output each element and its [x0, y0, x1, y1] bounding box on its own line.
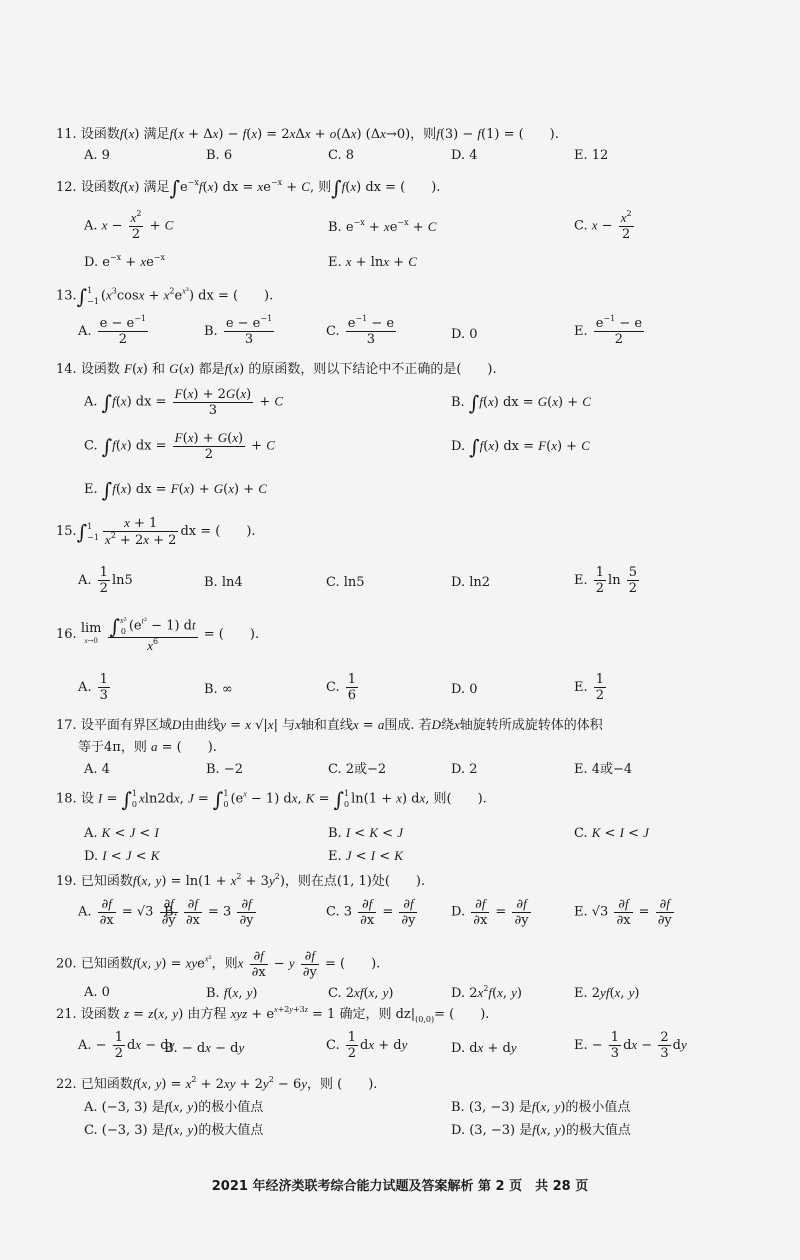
stem-text: = ( ). — [385, 180, 440, 195]
stem-text: 与 — [282, 718, 295, 733]
question-number: 13. — [56, 289, 77, 304]
stem-text: = ( ). — [325, 957, 380, 972]
option-17e: E. 4或−4 — [574, 761, 632, 779]
option-11e: E. 12 — [574, 147, 608, 165]
option-17b: B. −2 — [206, 761, 243, 779]
stem-text: ，则 ( ). — [307, 1077, 377, 1092]
question-12: 12. 设函数f(x) 满足∫e−xf(x) dx = xe−x + C, 则∫… — [56, 178, 440, 197]
option-14d: D. ∫f(x) dx = F(x) + C — [451, 437, 590, 456]
stem-text: , 则 — [310, 180, 331, 195]
option-13b: B. e − e−13 — [204, 316, 276, 347]
stem-text: 轴旋转所成旋转体的体积 — [460, 718, 603, 733]
question-number: 12. — [56, 180, 77, 195]
option-12c: C. x − x22 — [574, 210, 636, 242]
option-14a: A. ∫f(x) dx = F(x) + 2G(x)3 + C — [84, 386, 283, 418]
option-19b: B. ∂f∂x = 3 ∂f∂y — [164, 896, 258, 928]
option-12e: E. x + lnx + C — [328, 253, 417, 272]
stem-text: = ( ). — [434, 1007, 489, 1022]
option-21c: C. 12dx + dy — [326, 1030, 407, 1061]
option-14c: C. ∫f(x) dx = F(x) + G(x)2 + C — [84, 430, 275, 462]
question-number: 14. — [56, 362, 77, 377]
option-21a: A. − 12dx − dy — [78, 1030, 174, 1061]
question-15: 15.∫1−1x + 1x2 + 2x + 2dx = ( ). — [56, 515, 256, 548]
exam-page: 11. 设函数f(x) 满足f(x + Δx) − f(x) = 2xΔx + … — [0, 0, 800, 1260]
question-22: 22. 已知函数f(x, y) = x2 + 2xy + 2y2 − 6y，则 … — [56, 1075, 377, 1094]
stem-text: 是 — [519, 1100, 532, 1115]
stem-text: 设函数 — [81, 362, 120, 377]
question-11: 11. 设函数f(x) 满足f(x + Δx) − f(x) = 2xΔx + … — [56, 125, 559, 144]
option-17a: A. 4 — [84, 761, 110, 779]
question-number: 20. — [56, 957, 77, 972]
question-17: 17. 设平面有界区域D由曲线y = x √|x| 与x轴和直线x = a围成.… — [56, 716, 603, 735]
question-number: 18. — [56, 792, 77, 807]
option-18e: E. J < I < K — [328, 847, 403, 866]
stem-text: 已知函数 — [81, 1077, 133, 1092]
question-20: 20. 已知函数f(x, y) = xyex²，则x ∂f∂x − y ∂f∂y… — [56, 948, 380, 980]
option-19e: E. √3 ∂f∂x = ∂f∂y — [574, 896, 676, 928]
option-16d: D. 0 — [451, 681, 478, 699]
option-13c: C. e−1 − e3 — [326, 316, 398, 347]
option-15a: A. 12ln5 — [78, 565, 133, 596]
option-17c: C. 2或−2 — [328, 761, 386, 779]
stem-text: 的极小值点 — [565, 1100, 630, 1115]
page-footer: 2021 年经济类联考综合能力试题及答案解析 第 2 页 共 28 页 — [0, 1175, 800, 1194]
question-21: 21. 设函数 z = z(x, y) 由方程 xyz + ex+2y+3z =… — [56, 1005, 489, 1024]
option-18c: C. K < I < J — [574, 824, 649, 843]
option-15c: C. ln5 — [326, 574, 365, 592]
option-17d: D. 2 — [451, 761, 478, 779]
stem-text: 已知函数 — [81, 957, 133, 972]
question-number: 15. — [56, 524, 77, 539]
stem-text: 的原函数，则以下结论中不正确的是( ). — [248, 362, 496, 377]
stem-text: = ( ). — [504, 127, 559, 142]
option-20b: B. f(x, y) — [206, 984, 257, 1003]
question-13: 13.∫1−1(x3cosx + x2ex³) dx = ( ). — [56, 285, 273, 307]
stem-text: 是 — [152, 1100, 165, 1115]
stem-text: 轴和直线 — [301, 718, 353, 733]
option-12b: B. e−x + xe−x + C — [328, 218, 436, 237]
option-11b: B. 6 — [206, 147, 232, 165]
question-number: 21. — [56, 1007, 77, 1022]
question-number: 17. — [56, 718, 77, 733]
option-15b: B. ln4 — [204, 574, 243, 592]
option-13d: D. 0 — [451, 326, 478, 344]
stem-text: 由曲线 — [181, 718, 220, 733]
option-16c: C. 16 — [326, 672, 360, 703]
option-22c: C. (−3, 3) 是f(x, y)的极大值点 — [84, 1121, 263, 1140]
stem-text: 满足 — [144, 127, 170, 142]
stem-text: 的极小值点 — [198, 1100, 263, 1115]
option-16e: E. 12 — [574, 672, 608, 703]
stem-text: 是 — [152, 1123, 165, 1138]
stem-text: 的极大值点 — [198, 1123, 263, 1138]
stem-text: = ( ). — [218, 289, 273, 304]
stem-text: 设 — [81, 792, 94, 807]
stem-text: 等于4π，则 — [78, 740, 147, 755]
option-19d: D. ∂f∂x = ∂f∂y — [451, 896, 533, 928]
option-12d: D. e−x + xe−x — [84, 253, 165, 272]
question-number: 16. — [56, 627, 77, 642]
stem-text: = ( ). — [162, 740, 217, 755]
stem-text: 已知函数 — [81, 874, 133, 889]
option-14b: B. ∫f(x) dx = G(x) + C — [451, 393, 591, 412]
option-22d: D. (3, −3) 是f(x, y)的极大值点 — [451, 1121, 631, 1140]
option-19c: C. 3 ∂f∂x = ∂f∂y — [326, 896, 419, 928]
option-20a: A. 0 — [84, 984, 110, 1002]
option-21b: B. − dx − dy — [164, 1039, 244, 1058]
stem-text: 设函数 — [81, 127, 120, 142]
option-20e: E. 2yf(x, y) — [574, 984, 639, 1003]
stem-text: ，则在点(1, 1)处( ). — [285, 874, 425, 889]
option-15e: E. 12ln 52 — [574, 565, 641, 596]
option-18a: A. K < J < I — [84, 824, 159, 843]
question-16: 16. limx→0 ∫x²0(et² − 1) dtx6 = ( ). — [56, 615, 259, 654]
option-12a: A. x − x22 + C — [84, 210, 173, 242]
stem-text: 满足 — [144, 180, 170, 195]
stem-text: 和 — [152, 362, 165, 377]
question-14: 14. 设函数 F(x) 和 G(x) 都是f(x) 的原函数，则以下结论中不正… — [56, 360, 497, 379]
option-22a: A. (−3, 3) 是f(x, y)的极小值点 — [84, 1098, 263, 1117]
option-20d: D. 2x2f(x, y) — [451, 984, 522, 1003]
option-13a: A. e − e−12 — [78, 316, 150, 347]
question-19: 19. 已知函数f(x, y) = ln(1 + x2 + 3y2)，则在点(1… — [56, 872, 425, 891]
question-number: 11. — [56, 127, 77, 142]
option-11c: C. 8 — [328, 147, 354, 165]
stem-text: 围成. 若 — [384, 718, 431, 733]
option-13e: E. e−1 − e2 — [574, 316, 646, 347]
stem-text: 则( ). — [434, 792, 487, 807]
stem-text: = ( ). — [204, 627, 259, 642]
question-17-line2: 等于4π，则 a = ( ). — [78, 738, 217, 757]
question-number: 22. — [56, 1077, 77, 1092]
option-15d: D. ln2 — [451, 574, 490, 592]
stem-text: 设平面有界区域 — [81, 718, 172, 733]
option-11d: D. 4 — [451, 147, 478, 165]
stem-text: dx = ( ). — [180, 524, 255, 539]
option-20c: C. 2xf(x, y) — [328, 984, 393, 1003]
stem-text: 设函数 — [81, 1007, 120, 1022]
option-16a: A. 13 — [78, 672, 112, 703]
option-11a: A. 9 — [84, 147, 110, 165]
option-14e: E. ∫f(x) dx = F(x) + G(x) + C — [84, 480, 267, 499]
stem-text: 都是 — [199, 362, 225, 377]
option-18d: D. I < J < K — [84, 847, 159, 866]
stem-text: = 1 确定，则 dz — [312, 1007, 411, 1022]
stem-text: 由方程 — [187, 1007, 226, 1022]
stem-text: 是 — [519, 1123, 532, 1138]
stem-text: 绕 — [441, 718, 454, 733]
stem-text: 设函数 — [81, 180, 120, 195]
question-number: 19. — [56, 874, 77, 889]
stem-text: 的极大值点 — [566, 1123, 631, 1138]
question-18: 18. 设 I = ∫10xln2dx, J = ∫10(ex − 1) dx,… — [56, 788, 487, 810]
option-21d: D. dx + dy — [451, 1039, 517, 1058]
option-16b: B. ∞ — [204, 681, 233, 699]
option-21e: E. − 13dx − 23dy — [574, 1030, 687, 1061]
stem-text: ，则 — [212, 957, 238, 972]
stem-text: ，则 — [410, 127, 436, 142]
option-22b: B. (3, −3) 是f(x, y)的极小值点 — [451, 1098, 630, 1117]
option-18b: B. I < K < J — [328, 824, 403, 843]
